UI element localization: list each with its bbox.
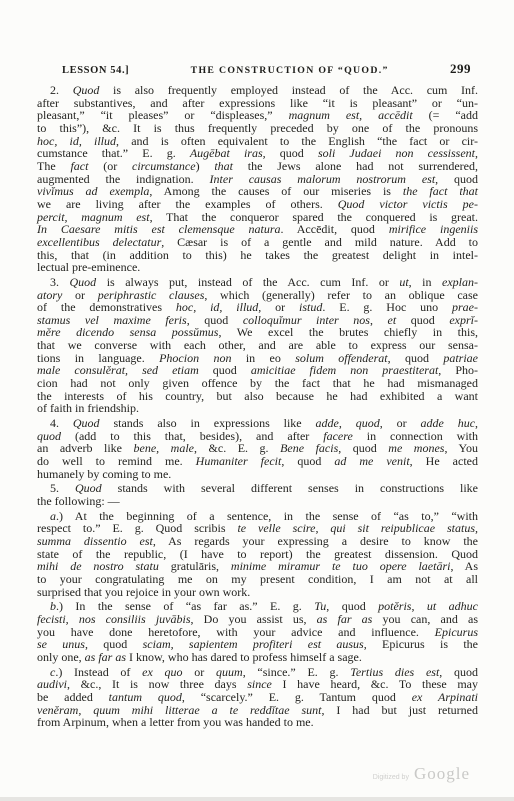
book-page-scan: LESSON 54.] THE CONSTRUCTION OF “QUOD.” …: [0, 0, 514, 801]
text-line: 4. Quod stands also in expressions like …: [37, 417, 478, 430]
paragraph-2: 2. Quod is also frequently employed inst…: [37, 84, 478, 274]
text-line: fecisti, nos consiliis juvābis, Do you a…: [37, 613, 478, 626]
text-line: of faith in friendship.: [37, 402, 478, 415]
header-lesson-label: LESSON 54.]: [62, 65, 129, 76]
text-line: do well to remind me. Humaniter fecit, q…: [37, 455, 478, 468]
paragraph-5b: b.) In the sense of “as far as.” E. g. T…: [37, 600, 478, 663]
text-line: humanely by coming to me.: [37, 468, 478, 481]
text-line: the following: —: [37, 495, 478, 508]
paragraph-5: 5. Quod stands with several different se…: [37, 482, 478, 507]
text-line: only one, as far as I know, who has dare…: [37, 651, 478, 664]
google-books-watermark: Digitized by Google: [373, 764, 470, 784]
page-number: 299: [450, 61, 471, 77]
text-line: that we converse with each other, and ar…: [37, 339, 478, 352]
paragraph-4: 4. Quod stands also in expressions like …: [37, 417, 478, 480]
text-line: excellentibus delectatur, Cæsar is of a …: [37, 236, 478, 249]
text-line: summa dissentio est, As regards your exp…: [37, 535, 478, 548]
text-line: surprised that you rejoice in your own w…: [37, 586, 478, 599]
text-line: cion had not only given offence by the f…: [37, 377, 478, 390]
text-line: lectual pre-eminence.: [37, 261, 478, 274]
paragraph-5c: c.) Instead of ex quo or quum, “since.” …: [37, 666, 478, 729]
text-line: from Arpinum, when a letter from you was…: [37, 716, 478, 729]
paragraph-3: 3. Quod is always put, instead of the Ac…: [37, 276, 478, 415]
paragraph-5a: a.) At the beginning of a sentence, in t…: [37, 510, 478, 599]
header-running-title: THE CONSTRUCTION OF “QUOD.”: [129, 65, 450, 76]
text-block: 2. Quod is also frequently employed inst…: [37, 84, 478, 729]
text-line: 2. Quod is also frequently employed inst…: [37, 84, 478, 97]
page-header: LESSON 54.] THE CONSTRUCTION OF “QUOD.” …: [37, 61, 471, 77]
google-logo-text: Google: [414, 764, 470, 784]
text-line: to your congratulating me on my present …: [37, 573, 478, 586]
digitized-by-label: Digitized by: [373, 774, 409, 781]
scan-bottom-edge: [0, 797, 514, 801]
